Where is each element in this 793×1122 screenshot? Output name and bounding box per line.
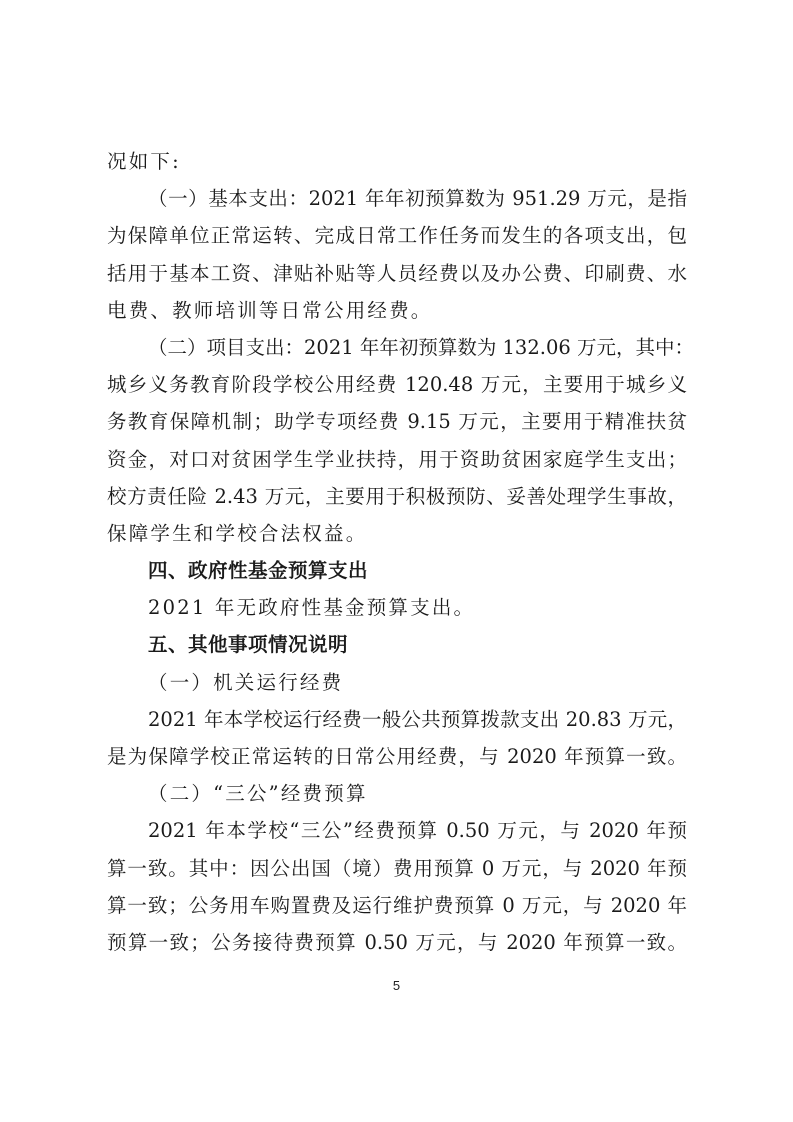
text-line: 资金，对口对贫困学生学业扶持，用于资助贫困家庭学生支出； [107,441,687,478]
text-line: 况如下: [107,143,687,180]
text-line: 务教育保障机制；助学专项经费 9.15 万元，主要用于精准扶贫 [107,403,687,440]
text-line: 2021 年本学校“三公”经费预算 0.50 万元，与 2020 年预 [107,812,687,849]
text-line: 为保障单位正常运转、完成日常工作任务而发生的各项支出，包 [107,217,687,254]
text-line: （一）基本支出：2021 年年初预算数为 951.29 万元，是指 [107,180,687,217]
text-line: 括用于基本工资、津贴补贴等人员经费以及办公费、印刷费、水 [107,255,687,292]
text-line: 是为保障学校正常运转的日常公用经费，与 2020 年预算一致。 [107,738,687,775]
text-line: 2021 年本学校运行经费一般公共预算拨款支出 20.83 万元， [107,701,687,738]
text-line: （二）“三公”经费预算 [107,775,687,812]
text-line: 2021 年无政府性基金预算支出。 [107,589,687,626]
text-line: 城乡义务教育阶段学校公用经费 120.48 万元，主要用于城乡义 [107,366,687,403]
text-line: 预算一致；公务接待费预算 0.50 万元，与 2020 年预算一致。 [107,924,687,961]
section-heading: 五、其他事项情况说明 [107,626,687,663]
text-line: 算一致。其中：因公出国（境）费用预算 0 万元，与 2020 年预 [107,850,687,887]
text-line: （二）项目支出：2021 年年初预算数为 132.06 万元，其中： [107,329,687,366]
text-line: 保障学生和学校合法权益。 [107,515,687,552]
document-body: 况如下:（一）基本支出：2021 年年初预算数为 951.29 万元，是指为保障… [107,143,687,961]
page-number: 5 [0,978,793,993]
text-line: 电费、教师培训等日常公用经费。 [107,292,687,329]
text-line: 算一致；公务用车购置费及运行维护费预算 0 万元，与 2020 年 [107,887,687,924]
section-heading: 四、政府性基金预算支出 [107,552,687,589]
text-line: 校方责任险 2.43 万元，主要用于积极预防、妥善处理学生事故， [107,478,687,515]
text-line: （一）机关运行经费 [107,664,687,701]
